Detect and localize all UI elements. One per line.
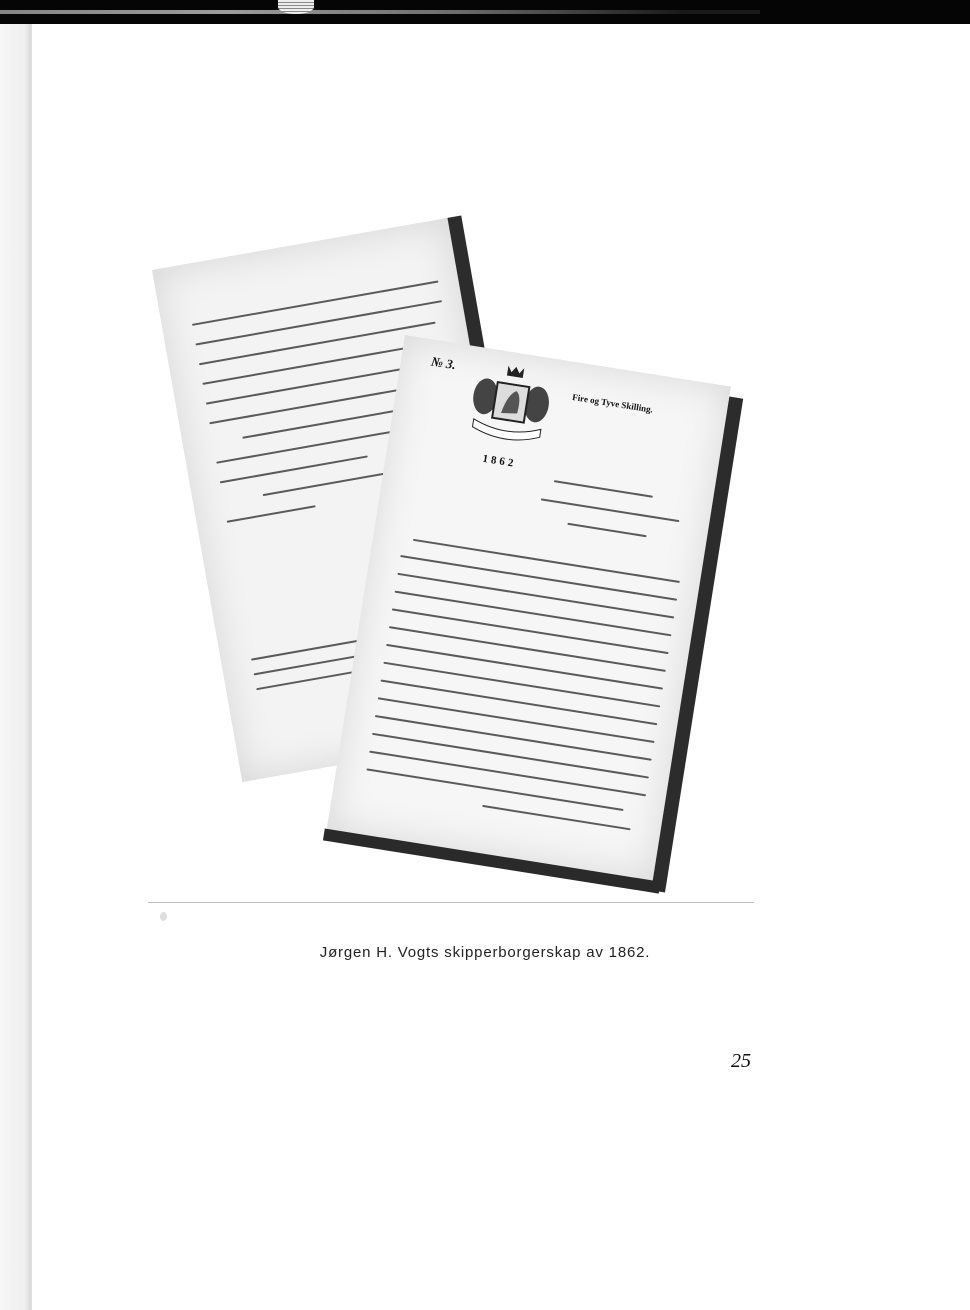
figure-caption: Jørgen H. Vogts skipperborgerskap av 186… xyxy=(0,944,970,961)
caption-rule xyxy=(148,902,754,903)
scan-glare xyxy=(278,0,314,14)
stamp-year: 1862 xyxy=(482,453,517,470)
book-gutter xyxy=(0,24,32,1310)
stamp-denomination: Fire og Tyve Skilling. xyxy=(572,392,654,415)
document-photograph: № 3. 1862 Fire og Tyve Skilling. xyxy=(140,250,760,890)
page-number: 25 xyxy=(731,1050,751,1073)
sheet-shadow-bottom xyxy=(323,829,661,894)
scan-speck xyxy=(160,912,167,921)
stamp-number: № 3. xyxy=(430,354,457,374)
scan-top-edge xyxy=(0,0,970,24)
sheet-shadow xyxy=(651,397,743,893)
scan-streak xyxy=(0,10,760,14)
coat-of-arms-icon xyxy=(463,357,556,458)
